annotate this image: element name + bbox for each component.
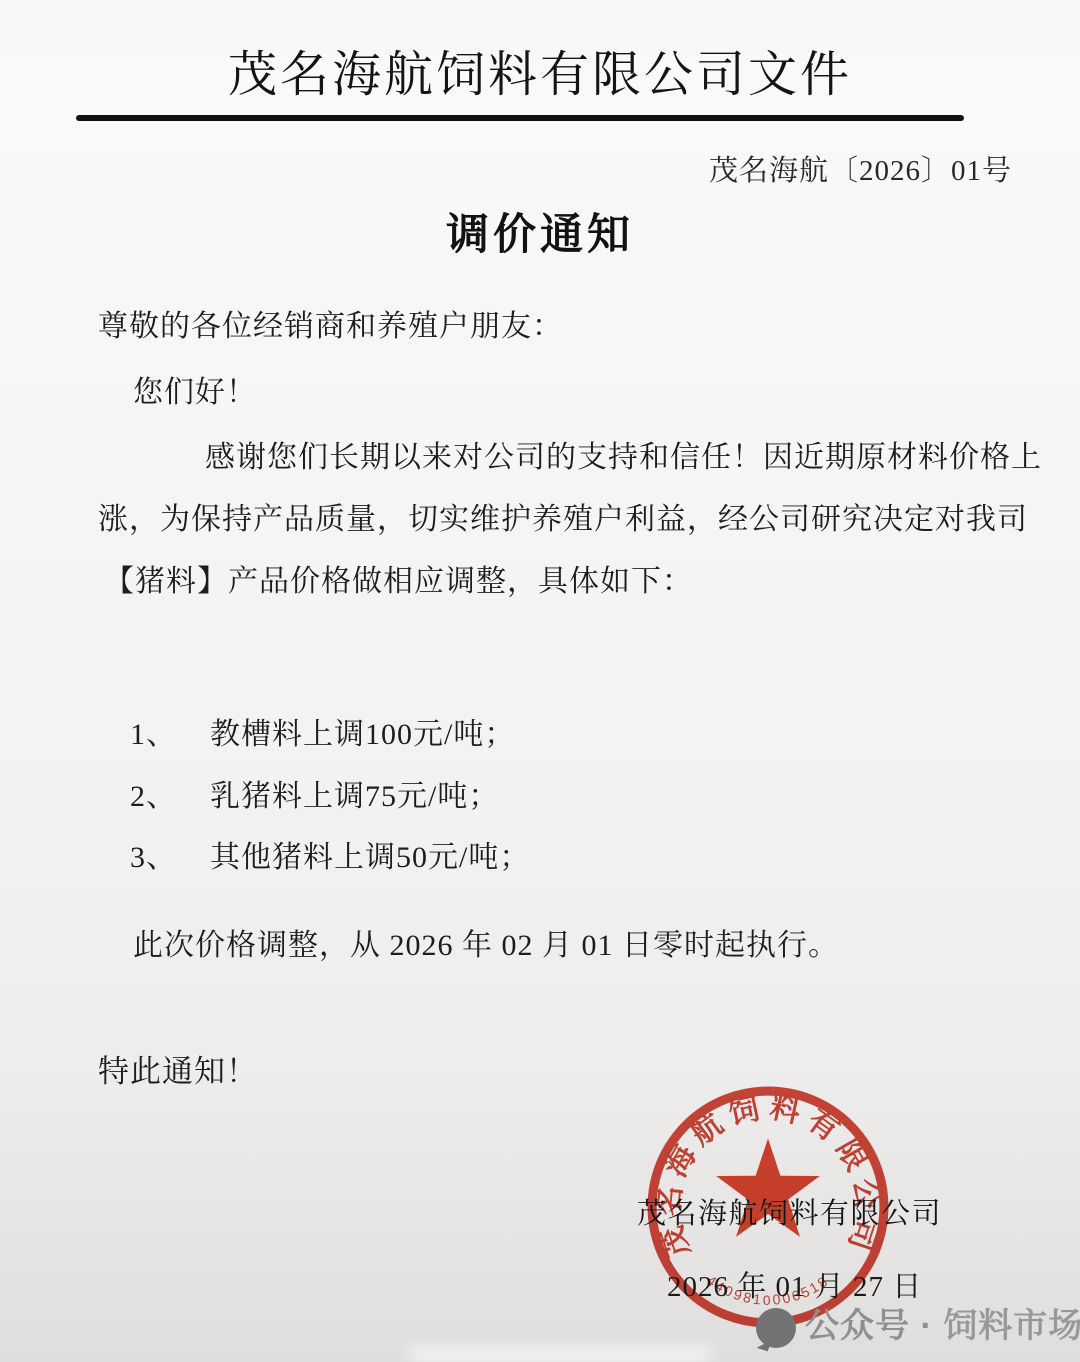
price-item-number: 2、 [130,771,210,815]
paragraph-line-2: 涨，为保持产品质量，切实维护养殖户利益，经公司研究决定对我司 [98,494,1028,538]
closing-line: 特此通知！ [98,1046,258,1091]
price-item-1: 1、教槽料上调100元/吨； [130,709,515,753]
header-divider [76,115,964,121]
paragraph-line-1: 感谢您们长期以来对公司的支持和信任！因近期原材料价格上 [205,432,1042,476]
document-header-title: 茂名海航饲料有限公司文件 [0,36,1080,106]
price-item-text: 教槽料上调100元/吨； [210,718,515,751]
price-item-number: 3、 [130,832,210,876]
signature-company: 茂名海航饲料有限公司 [637,1191,942,1232]
paragraph-line-3: 【猪料】产品价格做相应调整，具体如下： [104,556,693,600]
price-item-text: 乳猪料上调75元/吨； [210,780,499,813]
price-item-2: 2、乳猪料上调75元/吨； [130,771,499,815]
effective-date-line: 此次价格调整，从 2026 年 02 月 01 日零时起执行。 [133,920,839,964]
watermark: 公众号 · 饲料市场 [756,1296,1080,1348]
photo-light-streak [410,1346,710,1362]
price-item-number: 1、 [130,709,210,753]
notice-title: 调价通知 [0,201,1080,262]
price-item-3: 3、其他猪料上调50元/吨； [130,832,530,876]
watermark-separator: · [920,1307,932,1345]
price-item-text: 其他猪料上调50元/吨； [210,841,530,874]
wechat-official-account-icon [756,1308,796,1348]
watermark-prefix: 公众号 [805,1307,910,1345]
document-page: 茂名海航饲料有限公司文件 茂名海航〔2026〕01号 调价通知 尊敬的各位经销商… [0,0,1080,1362]
watermark-name: 饲料市场 [943,1307,1080,1345]
salutation-line: 尊敬的各位经销商和养殖户朋友： [98,301,563,345]
document-number: 茂名海航〔2026〕01号 [709,148,1012,189]
watermark-text: 公众号 · 饲料市场 [805,1298,1080,1347]
greeting-line: 您们好！ [133,367,257,411]
